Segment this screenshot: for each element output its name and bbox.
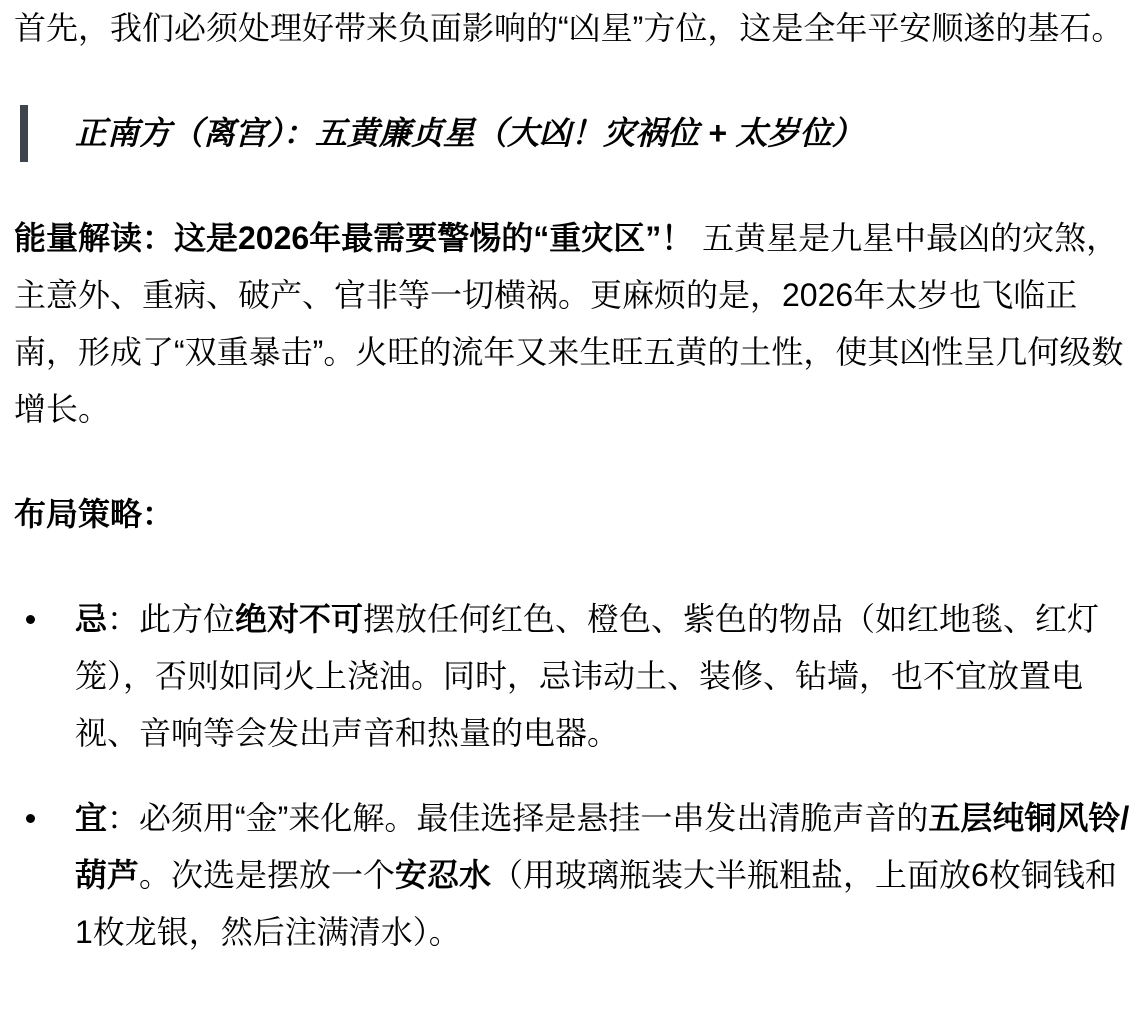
text-segment: 安忍水 xyxy=(395,857,491,893)
bullet-marker-icon xyxy=(26,814,35,823)
strategy-heading: 布局策略： xyxy=(14,486,1130,543)
intro-paragraph: 首先，我们必须处理好带来负面影响的“凶星”方位，这是全年平安顺遂的基石。 xyxy=(14,0,1130,57)
text-segment: ：必须用“金”来化解。最佳选择是悬挂一串发出清脆声音的 xyxy=(107,800,928,836)
bullet-marker-icon xyxy=(26,615,35,624)
list-item-text: 忌：此方位绝对不可摆放任何红色、橙色、紫色的物品（如红地毯、红灯笼），否则如同火… xyxy=(75,601,1099,751)
text-segment: ：此方位 xyxy=(107,601,235,637)
energy-analysis-paragraph: 能量解读：这是2026年最需要警惕的“重灾区”！ 五黄星是九星中最凶的灾煞，主意… xyxy=(14,210,1130,438)
text-segment: 能量解读：这是2026年最需要警惕的“重灾区”！ xyxy=(14,220,693,256)
list-item-text: 宜：必须用“金”来化解。最佳选择是悬挂一串发出清脆声音的五层纯铜风铃/葫芦。次选… xyxy=(75,800,1129,950)
section-quote: 正南方（离宫）：五黄廉贞星（大凶！灾祸位 + 太岁位） xyxy=(20,105,1130,162)
document-page: { "page": { "background": "#ffffff", "te… xyxy=(0,0,1144,1032)
list-item-avoid: 忌：此方位绝对不可摆放任何红色、橙色、紫色的物品（如红地毯、红灯笼），否则如同火… xyxy=(14,591,1130,762)
text-segment: 宜 xyxy=(75,800,107,836)
list-item-recommend: 宜：必须用“金”来化解。最佳选择是悬挂一串发出清脆声音的五层纯铜风铃/葫芦。次选… xyxy=(14,790,1130,961)
text-segment: 绝对不可 xyxy=(235,601,363,637)
text-segment: 忌 xyxy=(75,601,107,637)
text-segment: 。次选是摆放一个 xyxy=(139,857,395,893)
strategy-bullet-list: 忌：此方位绝对不可摆放任何红色、橙色、紫色的物品（如红地毯、红灯笼），否则如同火… xyxy=(14,591,1130,961)
